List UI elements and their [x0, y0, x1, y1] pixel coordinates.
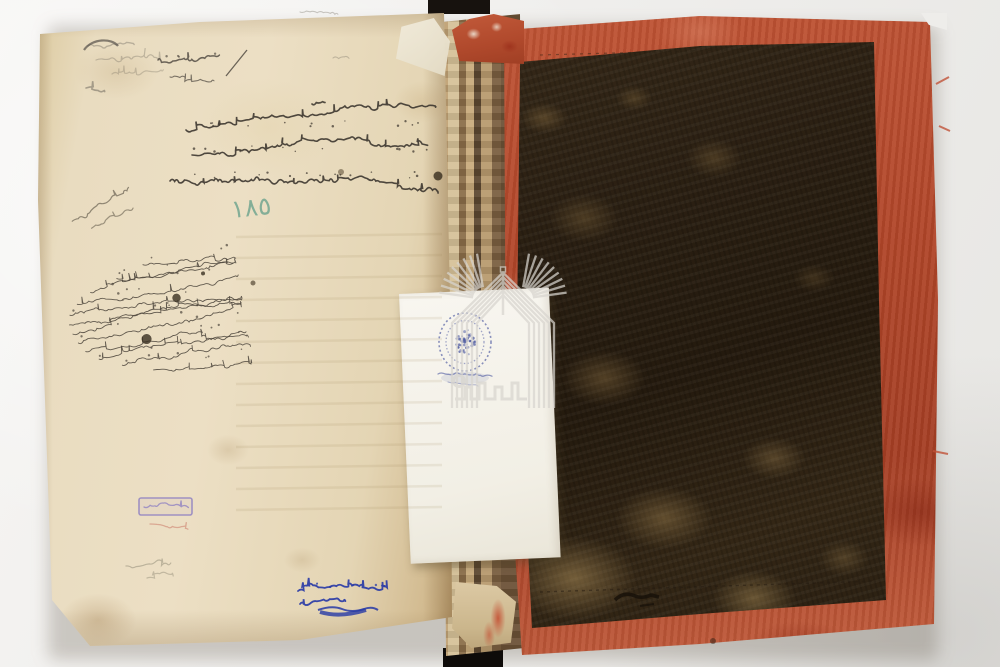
black-strap-top-icon	[428, 0, 490, 14]
left-page	[36, 12, 452, 648]
white-card	[399, 287, 561, 563]
photo-stage: ١٨٥	[0, 0, 1000, 667]
folio-number: ١٨٥	[230, 191, 273, 224]
leather-panel	[514, 38, 886, 630]
